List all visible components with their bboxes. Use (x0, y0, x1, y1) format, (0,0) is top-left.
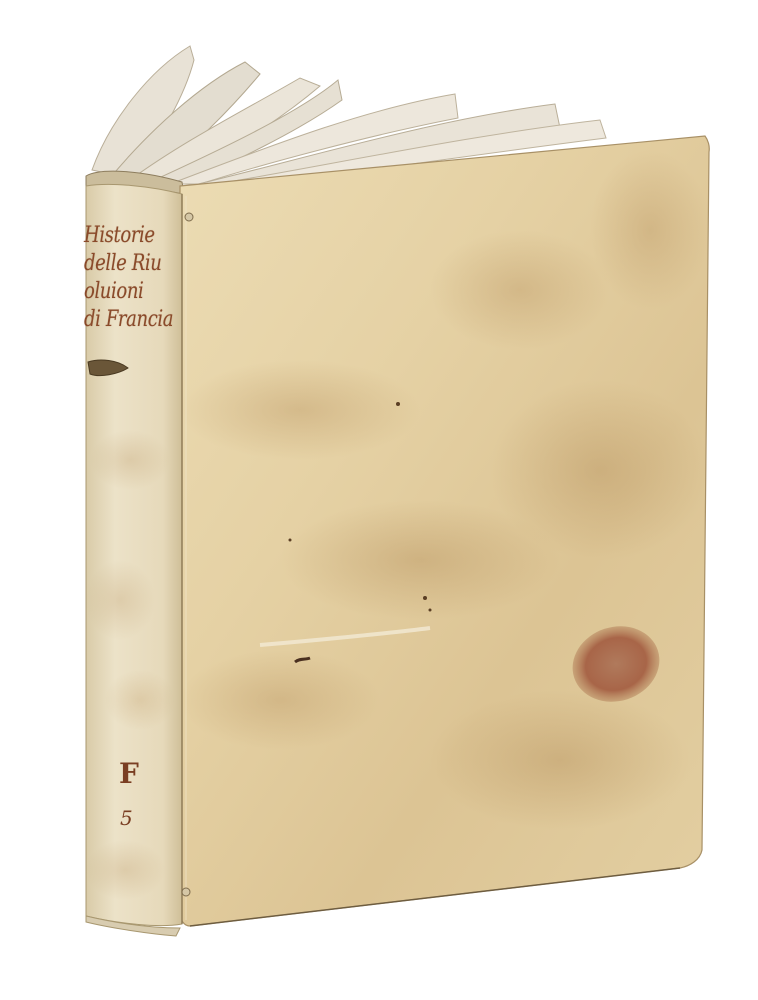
shelf-mark-letter: F (119, 757, 139, 790)
spine-title-line-2: delle Riu (84, 250, 166, 278)
spine-title: Historie delle Riu oluioni di Francia (84, 222, 184, 334)
tie-hole-bottom (182, 888, 190, 896)
tie-hole-top (185, 213, 193, 221)
spine-title-line-1: Historie (84, 222, 166, 250)
spine-title-line-3: oluioni (84, 278, 166, 306)
book-photo-scene: Historie delle Riu oluioni di Francia F … (0, 0, 758, 1000)
spine-title-line-4: di Francia (84, 306, 166, 334)
shelf-mark-number: 5 (120, 806, 133, 830)
book-illustration (0, 0, 758, 1000)
